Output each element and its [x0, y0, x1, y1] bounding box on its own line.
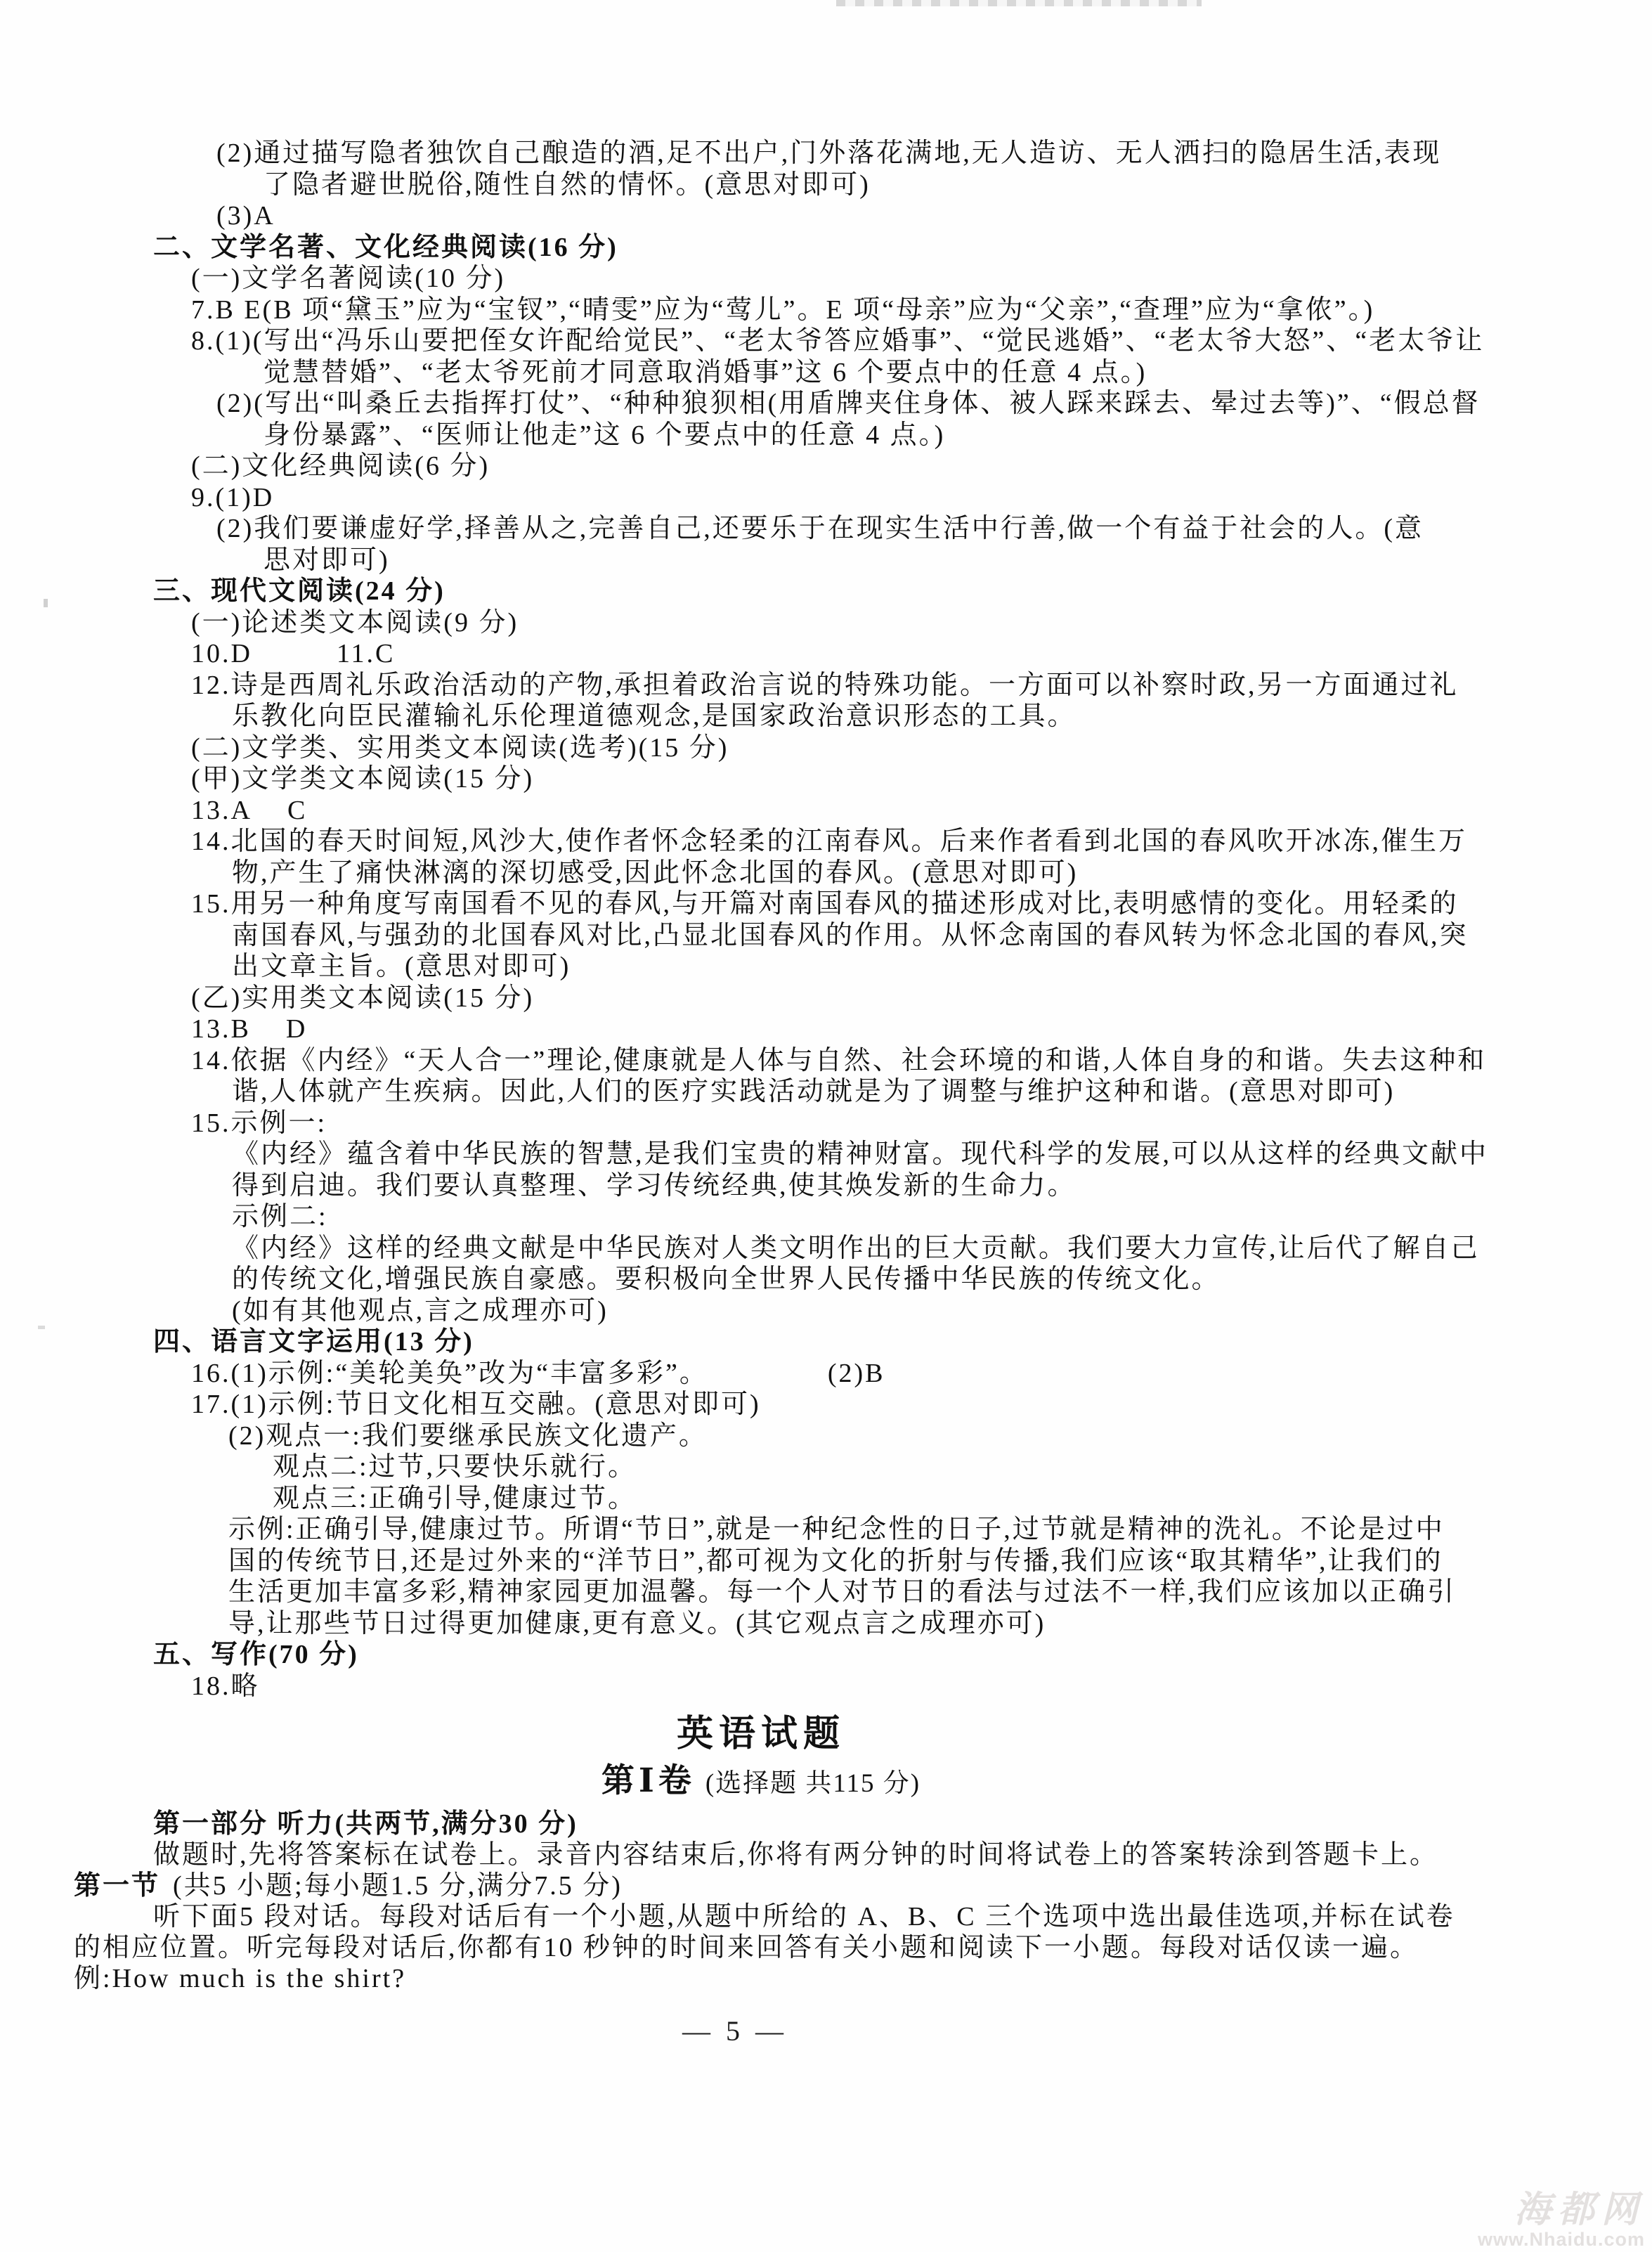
answer-15-jia-cont: 南国春风,与强劲的北国春风对比,凸显北国春风的作用。从怀念南国的春风转为怀念北国… — [0, 920, 1652, 952]
answer-15-yi-example1: 《内经》蕴含着中华民族的智慧,是我们宝贵的精神财富。现代科学的发展,可以从这样的… — [0, 1139, 1652, 1170]
text-part: 第Ⅰ卷 — [601, 1763, 696, 1799]
text-part: D — [286, 1014, 307, 1044]
answer-15-yi-example1: 得到启迪。我们要认真整理、学习传统经典,使其焕发新的生命力。 — [0, 1170, 1652, 1202]
section-1-instructions: 听下面5 段对话。每段对话后有一个小题,从题中所给的 A、B、C 三个选项中选出… — [0, 1901, 1652, 1932]
answer-8-2-cont: 身份暴露”、“医师让他走”这 6 个要点中的任意 4 点。) — [0, 420, 1652, 451]
text-part: 10.D — [191, 639, 252, 668]
answer-1-2: (2)通过描写隐者独饮自己酿造的酒,足不出户,门外落花满地,无人造访、无人洒扫的… — [0, 138, 1652, 169]
site-watermark: 海都网 www.Nhaidu.com — [1413, 2191, 1645, 2249]
subsection-heading: (乙)实用类文本阅读(15 分) — [0, 983, 1652, 1014]
answer-17-2-example: 国的传统节日,还是过外来的“洋节日”,都可视为文化的折射与传播,我们应该“取其精… — [0, 1546, 1652, 1577]
answer-15-yi-example2-label: 示例二: — [0, 1201, 1652, 1233]
answer-10-11: 10.D11.C — [0, 638, 1652, 670]
scan-artifact — [836, 0, 1202, 6]
answer-8-2: (2)(写出“叫桑丘去指挥打仗”、“种种狼狈相(用盾牌夹住身体、被人踩来踩去、晕… — [0, 388, 1652, 420]
answer-7: 7.B E(B 项“黛玉”应为“宝钗”,“晴雯”应为“莺儿”。E 项“母亲”应为… — [0, 295, 1652, 326]
text-part: 13.B — [191, 1014, 251, 1044]
answer-9-2: (2)我们要谦虚好学,择善从之,完善自己,还要乐于在现实生活中行善,做一个有益于… — [0, 513, 1652, 545]
answer-13-jia: 13.AC — [0, 795, 1652, 827]
answer-1-2-cont: 了隐者避世脱俗,随性自然的情怀。(意思对即可) — [0, 169, 1652, 201]
section-1-instructions: 的相应位置。听完每段对话后,你都有10 秒钟的时间来回答有关小题和阅读下一小题。… — [0, 1932, 1652, 1963]
answer-17-2-example: 生活更加丰富多彩,精神家园更加温馨。每一个人对节日的看法与过法不一样,我们应该加… — [0, 1577, 1652, 1608]
answer-14-jia-cont: 物,产生了痛快淋漓的深切感受,因此怀念北国的春风。(意思对即可) — [0, 858, 1652, 889]
answer-8-1-cont: 觉慧替婚”、“老太爷死前才同意取消婚事”这 6 个要点中的任意 4 点。) — [0, 357, 1652, 389]
part-1-heading: 第一部分 听力(共两节,满分30 分) — [0, 1808, 1652, 1839]
text-part: 11.C — [337, 639, 395, 668]
answer-13-yi: 13.BD — [0, 1014, 1652, 1045]
subsection-heading: (二)文化经典阅读(6 分) — [0, 451, 1652, 482]
listening-instructions: 做题时,先将答案标在试卷上。录音内容结束后,你将有两分钟的时间将试卷上的答案转涂… — [0, 1839, 1652, 1870]
text-part: (共5 小题;每小题1.5 分,满分7.5 分) — [173, 1871, 623, 1901]
answer-15-jia-cont: 出文章主旨。(意思对即可) — [0, 951, 1652, 983]
answer-12-cont: 乐教化向臣民灌输礼乐伦理道德观念,是国家政治意识形态的工具。 — [0, 701, 1652, 732]
section-1-heading: 第一节(共5 小题;每小题1.5 分,满分7.5 分) — [0, 1870, 1652, 1901]
answer-15-yi-note: (如有其他观点,言之成理亦可) — [0, 1295, 1652, 1327]
answer-17-1: 17.(1)示例:节日文化相互交融。(意思对即可) — [0, 1389, 1652, 1421]
answer-14-yi-cont: 谐,人体就产生疾病。因此,人们的医疗实践活动就是为了调整与维护这种和谐。(意思对… — [0, 1076, 1652, 1108]
answer-12: 12.诗是西周礼乐政治活动的产物,承担着政治言说的特殊功能。一方面可以补察时政,… — [0, 670, 1652, 701]
text-part: C — [287, 796, 307, 825]
subsection-heading: (一)文学名著阅读(10 分) — [0, 263, 1652, 295]
answer-14-jia: 14.北国的春天时间短,风沙大,使作者怀念轻柔的江南春风。后来作者看到北国的春风… — [0, 826, 1652, 858]
answer-18: 18.略 — [0, 1671, 1652, 1702]
answer-17-2-view2: 观点二:过节,只要快乐就行。 — [0, 1451, 1652, 1483]
watermark-url: www.Nhaidu.com — [1413, 2230, 1645, 2249]
answer-1-3: (3)A — [0, 200, 1652, 232]
answer-15-yi-example2: 的传统文化,增强民族自豪感。要积极向全世界人民传播中华民族的传统文化。 — [0, 1264, 1652, 1295]
answer-15-jia: 15.用另一种角度写南国看不见的春风,与开篇对南国春风的描述形成对比,表明感情的… — [0, 888, 1652, 920]
text-part: 16.(1)示例:“美轮美奂”改为“丰富多彩”。 — [191, 1359, 708, 1388]
answer-8-1: 8.(1)(写出“冯乐山要把侄女许配给觉民”、“老太爷答应婚事”、“觉民逃婚”、… — [0, 325, 1652, 357]
answer-15-yi-example2: 《内经》这样的经典文献是中华民族对人类文明作出的巨大贡献。我们要大力宣传,让后代… — [0, 1233, 1652, 1264]
subsection-heading: (甲)文学类文本阅读(15 分) — [0, 763, 1652, 795]
subsection-heading: (一)论述类文本阅读(9 分) — [0, 607, 1652, 639]
listening-example: 例:How much is the shirt? — [0, 1963, 1652, 1994]
section-heading-5: 五、写作(70 分) — [0, 1639, 1652, 1671]
answer-17-2-view3: 观点三:正确引导,健康过节。 — [0, 1483, 1652, 1515]
answer-16: 16.(1)示例:“美轮美奂”改为“丰富多彩”。(2)B — [0, 1358, 1652, 1390]
text-part: (2)B — [828, 1359, 885, 1388]
page-number: — 5 — — [0, 2014, 1470, 2047]
section-heading-3: 三、现代文阅读(24 分) — [0, 576, 1652, 607]
text-part: 第一节 — [74, 1871, 160, 1901]
section-heading-2: 二、文学名著、文化经典阅读(16 分) — [0, 232, 1652, 264]
answer-17-2-example: 示例:正确引导,健康过节。所谓“节日”,就是一种纪念性的日子,过节就是精神的洗礼… — [0, 1514, 1652, 1546]
subsection-heading: (二)文学类、实用类文本阅读(选考)(15 分) — [0, 732, 1652, 764]
watermark-brand: 海都网 — [1413, 2191, 1645, 2230]
text-part: (选择题 共115 分) — [705, 1769, 921, 1798]
answer-9-2-cont: 思对即可) — [0, 545, 1652, 576]
answer-17-2-view1: (2)观点一:我们要继承民族文化遗产。 — [0, 1421, 1652, 1452]
answer-17-2-example: 导,让那些节日过得更加健康,更有意义。(其它观点言之成理亦可) — [0, 1608, 1652, 1640]
answer-9-1: 9.(1)D — [0, 482, 1652, 514]
exam-answer-sheet-page: (2)通过描写隐者独饮自己酿造的酒,足不出户,门外落花满地,无人造访、无人洒扫的… — [0, 0, 1652, 2252]
answers-document: (2)通过描写隐者独饮自己酿造的酒,足不出户,门外落花满地,无人造访、无人洒扫的… — [0, 138, 1652, 1994]
english-paper-title: 英语试题 — [0, 1711, 1522, 1758]
text-part: 13.A — [191, 796, 252, 825]
volume-1-heading: 第Ⅰ卷(选择题 共115 分) — [0, 1759, 1522, 1803]
section-heading-4: 四、语言文字运用(13 分) — [0, 1326, 1652, 1358]
answer-14-yi: 14.依据《内经》“天人合一”理论,健康就是人体与自然、社会环境的和谐,人体自身… — [0, 1045, 1652, 1077]
answer-15-yi: 15.示例一: — [0, 1108, 1652, 1139]
